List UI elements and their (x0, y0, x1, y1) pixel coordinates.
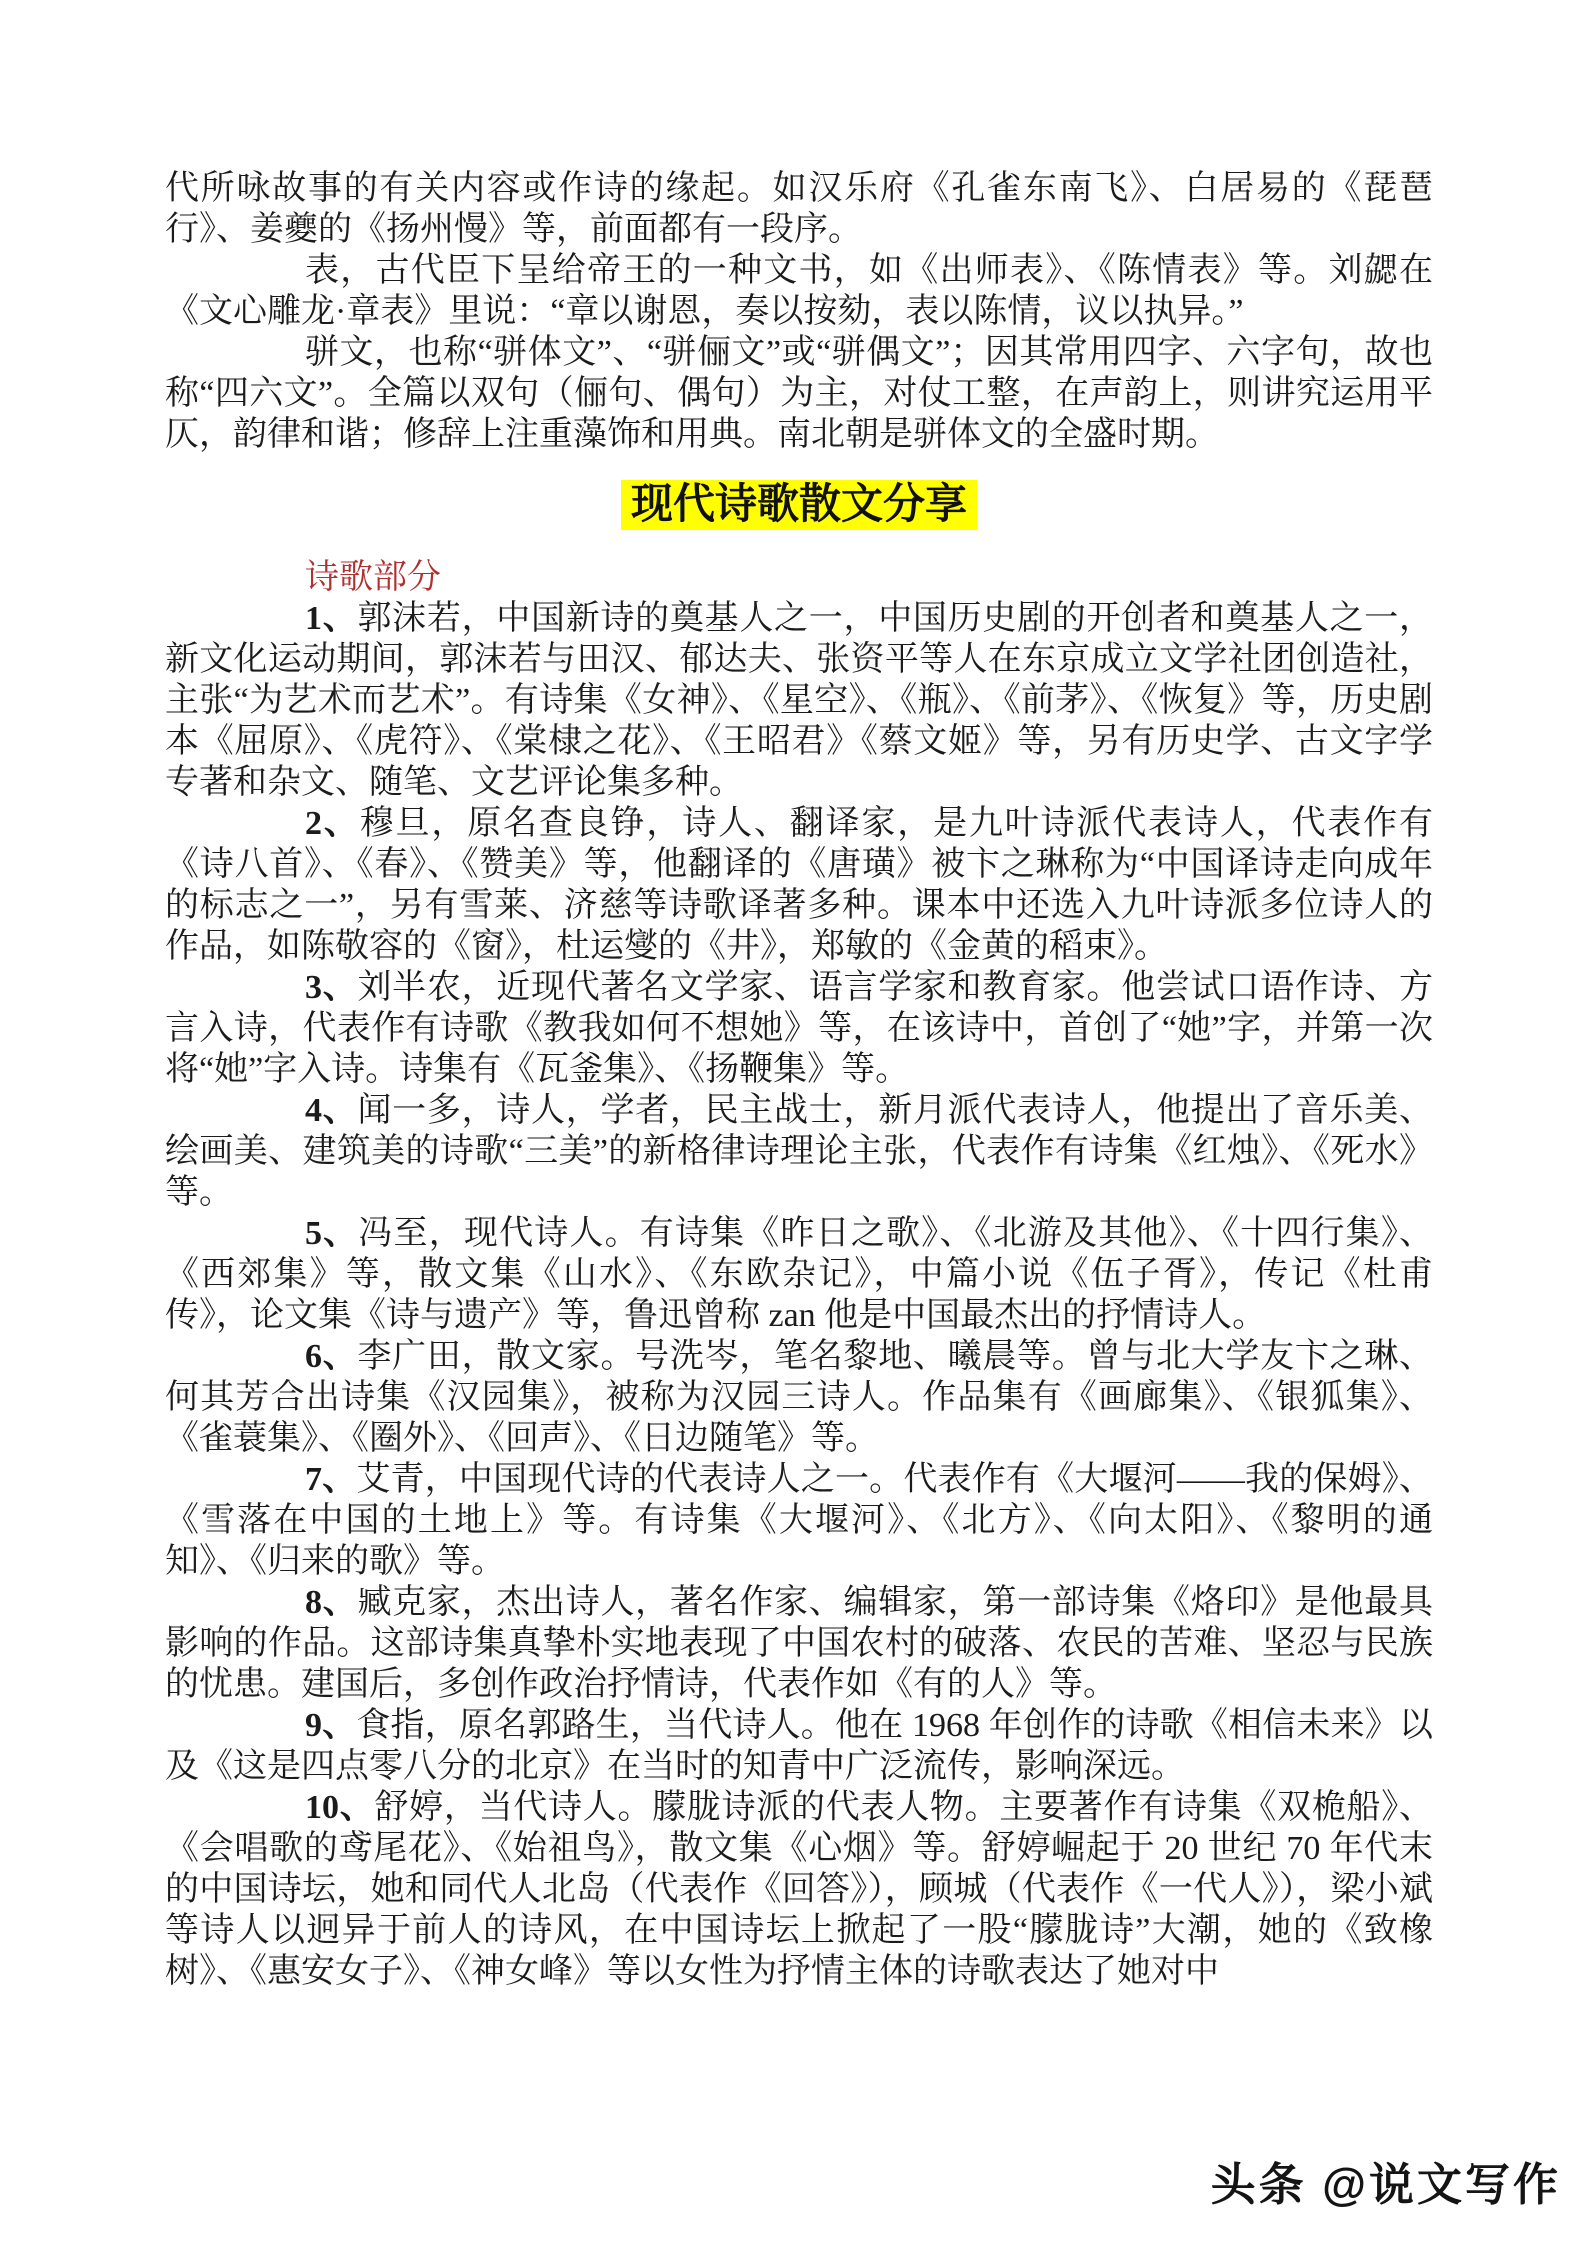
poet-item-number: 2、 (305, 805, 360, 842)
poet-item-number: 1、 (305, 600, 357, 637)
poet-item-number: 6、 (305, 1338, 357, 1375)
poet-item: 7、艾青，中国现代诗的代表诗人之一。代表作有《大堰河——我的保姆》、《雪落在中国… (165, 1459, 1433, 1582)
poets-section: 1、郭沫若，中国新诗的奠基人之一，中国历史剧的开创者和奠基人之一，新文化运动期间… (165, 598, 1433, 1992)
poet-item-number: 8、 (305, 1584, 357, 1621)
section-heading-poetry: 诗歌部分 (165, 557, 1433, 598)
watermark: 头条 @说文写作 (1211, 2148, 1561, 2213)
poet-item: 5、冯至，现代诗人。有诗集《昨日之歌》、《北游及其他》、《十四行集》、《西郊集》… (165, 1213, 1433, 1336)
poet-item-number: 7、 (305, 1461, 356, 1498)
poet-item: 4、闻一多，诗人，学者，民主战士，新月派代表诗人，他提出了音乐美、绘画美、建筑美… (165, 1090, 1433, 1213)
poet-item: 1、郭沫若，中国新诗的奠基人之一，中国历史剧的开创者和奠基人之一，新文化运动期间… (165, 598, 1433, 803)
poet-item: 9、食指，原名郭路生，当代诗人。他在 1968 年创作的诗歌《相信未来》以及《这… (165, 1705, 1433, 1787)
intro-section: 代所咏故事的有关内容或作诗的缘起。如汉乐府《孔雀东南飞》、白居易的《琵琶行》、姜… (165, 168, 1433, 455)
poet-item: 10、舒婷，当代诗人。朦胧诗派的代表人物。主要著作有诗集《双桅船》、《会唱歌的鸢… (165, 1787, 1433, 1992)
poet-item-number: 9、 (305, 1707, 356, 1744)
page-title-highlight: 现代诗歌散文分享 (621, 480, 977, 530)
poet-item: 3、刘半农，近现代著名文学家、语言学家和教育家。他尝试口语作诗、方言入诗，代表作… (165, 967, 1433, 1090)
intro-paragraph: 骈文，也称“骈体文”、“骈俪文”或“骈偶文”；因其常用四字、六字句，故也称“四六… (165, 332, 1433, 455)
document-content: 代所咏故事的有关内容或作诗的缘起。如汉乐府《孔雀东南飞》、白居易的《琵琶行》、姜… (165, 168, 1433, 1992)
intro-paragraph: 代所咏故事的有关内容或作诗的缘起。如汉乐府《孔雀东南飞》、白居易的《琵琶行》、姜… (165, 168, 1433, 250)
poet-item: 6、李广田，散文家。号洗岑，笔名黎地、曦晨等。曾与北大学友卞之琳、何其芳合出诗集… (165, 1336, 1433, 1459)
intro-paragraph: 表，古代臣下呈给帝王的一种文书，如《出师表》、《陈情表》等。刘勰在《文心雕龙·章… (165, 250, 1433, 332)
poet-item-number: 10、 (305, 1789, 374, 1826)
poet-item-number: 4、 (305, 1092, 357, 1129)
page-title: 现代诗歌散文分享 (165, 477, 1433, 533)
watermark-text: 头条 @说文写作 (1211, 2159, 1561, 2210)
poet-item-number: 5、 (305, 1215, 358, 1252)
poet-item-number: 3、 (305, 969, 357, 1006)
poet-item: 8、臧克家，杰出诗人，著名作家、编辑家，第一部诗集《烙印》是他最具影响的作品。这… (165, 1582, 1433, 1705)
poet-item: 2、穆旦，原名查良铮，诗人、翻译家，是九叶诗派代表诗人，代表作有《诗八首》、《春… (165, 803, 1433, 967)
